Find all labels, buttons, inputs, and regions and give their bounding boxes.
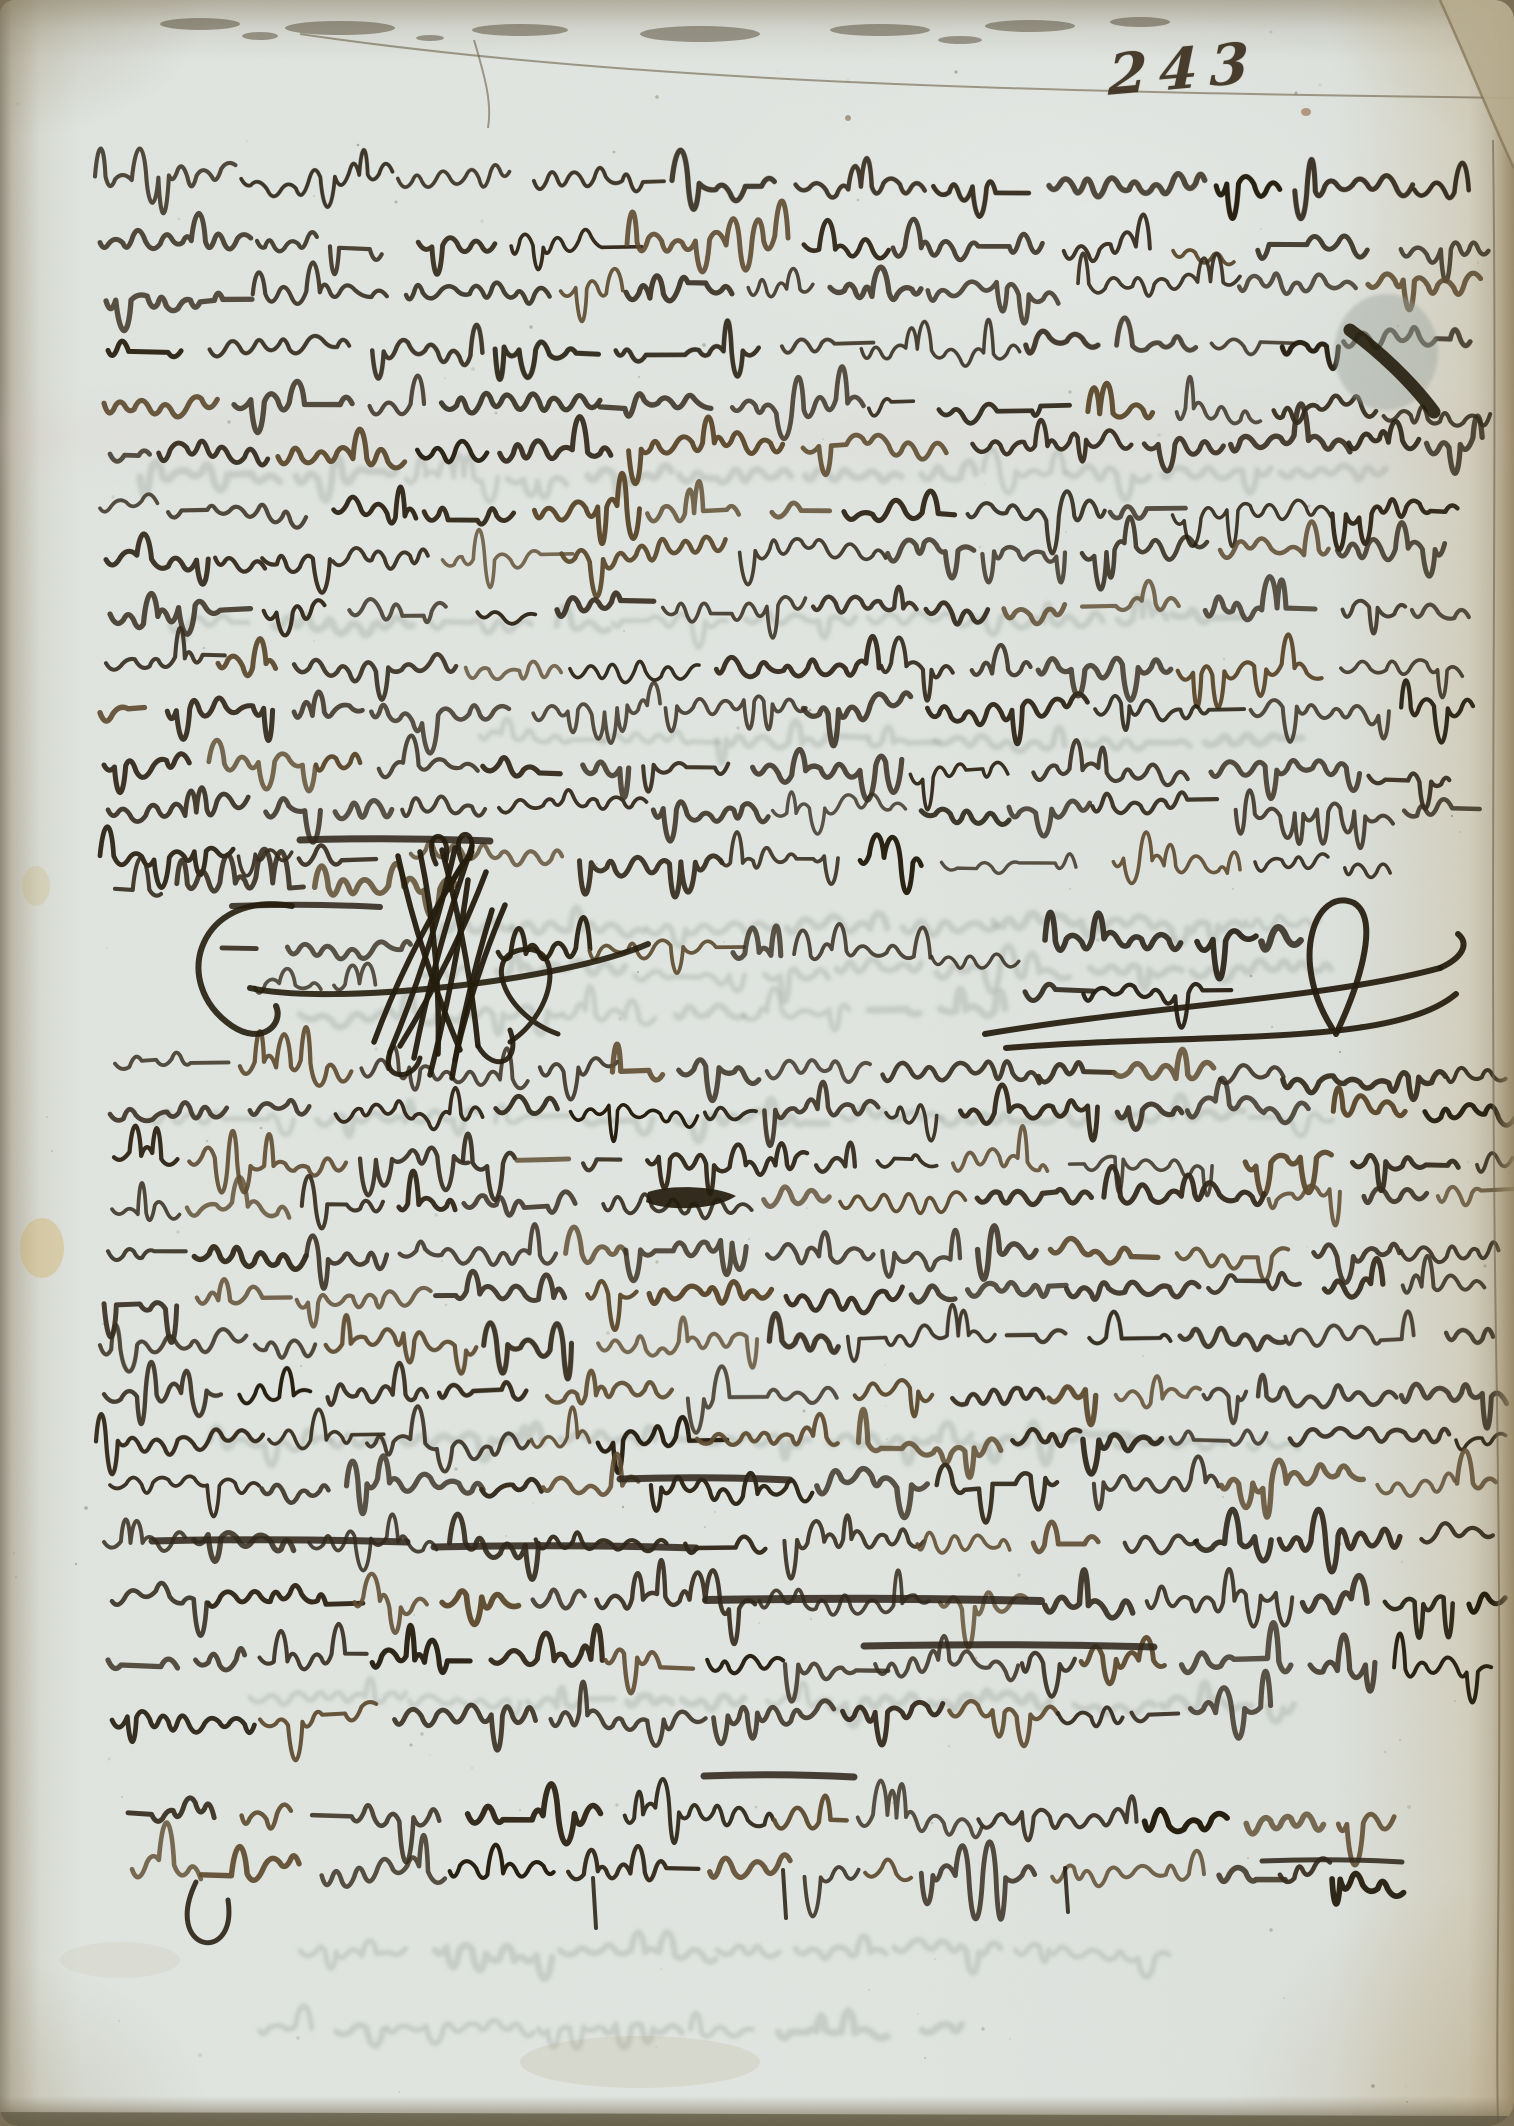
manuscript-page: 243: [0, 0, 1514, 2126]
paper-grain: [0, 0, 1514, 2126]
page-number: 243: [1108, 29, 1261, 109]
handwriting-layer: [0, 0, 1514, 2126]
